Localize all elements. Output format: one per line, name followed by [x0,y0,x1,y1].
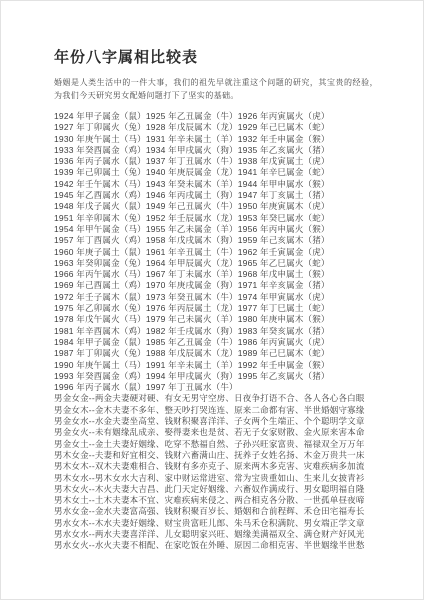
year-line: 1981 年辛酉属木（鸡）1982 年壬戌属水（狗）1983 年癸亥属水（猪） [54,326,373,337]
compatibility-line: 男金女土--金土夫妻好姻缘、吃穿不愁福自然、子孙兴旺家富贵、福禄双全万万年 [54,439,373,450]
compatibility-line: 男木女火--木火夫妻大吉昌、此门天定好姻缘、六畜奴作满成行、男女聪明福自隆 [54,484,373,495]
year-line: 1951 年辛卯属木（兔）1952 年壬辰属水（龙）1953 年癸巳属水（蛇） [54,213,373,224]
year-line: 1924 年甲子属金（鼠）1925 年乙丑属金（牛）1926 年丙寅属火（虎） [54,111,373,122]
year-line: 1975 年乙卯属水（兔）1976 年丙辰属土（龙）1977 年丁巳属土（蛇） [54,303,373,314]
year-line: 1969 年己酉属土（鸡）1970 年庚戌属金（狗）1971 年辛亥属金（猪） [54,280,373,291]
page-title: 年份八字属相比较表 [54,49,373,67]
year-zodiac-list: 1924 年甲子属金（鼠）1925 年乙丑属金（牛）1926 年丙寅属火（虎）1… [54,111,373,393]
compatibility-line: 男木女水--男木女水大吉利、家中财运常进室、常为宝贵重如山、生来儿女披青衫 [54,473,373,484]
year-line: 1990 年庚午属土（马）1991 年辛未属土（羊）1992 年壬申属金（猴） [54,360,373,371]
year-line: 1939 年己卯属土（兔）1940 年庚辰属金（龙）1941 年辛巳属金（蛇） [54,167,373,178]
year-line: 1978 年戊午属火（马）1979 年己未属火（羊）1980 年庚申属木（猴） [54,314,373,325]
compatibility-line: 男金女金--两金夫妻硬对硬、有女无男守空房、日夜争打语不合、各人各心各白眼 [54,393,373,404]
compatibility-line: 男木女木--双木夫妻难相合、钱财有多亦克子、原来两木多克害、灾难疾病多加流 [54,461,373,472]
year-line: 1936 年丙子属水（鼠）1937 年丁丑属水（牛）1938 年戊寅属土（虎） [54,156,373,167]
year-line: 1957 年丁酉属火（鸡）1958 年戊戌属木（狗）1959 年己亥属木（猪） [54,235,373,246]
year-line: 1930 年庚午属土（马）1931 年辛未属土（羊）1932 年壬申属金（猴） [54,134,373,145]
year-line: 1954 年甲午属金（马）1955 年乙未属金（羊）1956 年丙申属火（猴） [54,224,373,235]
compatibility-line: 男木女金--夫妻和好宜相交、钱财六畜满山庄、抚养子女姓名扬、木金万贵共一床 [54,450,373,461]
year-line: 1927 年丁卯属火（兔）1928 年戊辰属木（龙）1929 年己巳属木（蛇） [54,122,373,133]
intro-paragraph: 婚姻是人类生活中的一件大事，我们的祖先早就注重这个问题的研究，其宝贵的经验，为我… [54,76,378,102]
year-line: 1996 年丙子属水（鼠）1997 年丁丑属水（牛） [54,382,373,393]
compatibility-line: 男金女木--金木夫妻不多年、整天吵打哭连连、原来二命都有害、半世婚姻守寡缘 [54,405,373,416]
compatibility-line: 男金女火--未有姻缘乱成亲、娶得妻来也是贫、若无子女家财散、金火原来害本命 [54,427,373,438]
document-page: 年份八字属相比较表 婚姻是人类生活中的一件大事，我们的祖先早就注重这个问题的研究… [0,0,424,600]
compatibility-line: 男水女火--水火夫妻不相配、在家吃饭在外睡、原因二命相克害、半世姻缘半世愁 [54,540,373,551]
compatibility-line: 男水女水--两水夫妻喜洋洋、儿女聪明家兴旺、姻缘美满福双全、满仓财产好风光 [54,529,373,540]
year-line: 1972 年壬子属木（鼠）1973 年癸丑属木（牛）1974 年甲寅属水（虎） [54,292,373,303]
year-line: 1933 年癸酉属金（鸡）1934 年甲戌属火（狗）1935 年乙亥属火（猪） [54,145,373,156]
year-line: 1963 年癸卯属金（兔）1964 年甲辰属火（龙）1965 年乙巳属火（蛇） [54,258,373,269]
year-line: 1948 年戊子属火（鼠）1949 年己丑属火（牛）1950 年庚寅属木（虎） [54,201,373,212]
compatibility-line: 男金女水--水金夫妻坐高堂、钱财积聚喜洋洋、子女两个生端正、个个聪明学文章 [54,416,373,427]
compatibility-line: 男水女金--金水夫妻富高强、钱财积聚百岁长、婚姻和合前程辉、禾仓田宅福寿长 [54,506,373,517]
year-line: 1945 年乙酉属水（鸡）1946 年丙戌属土（狗）1947 年丁亥属土（猪） [54,190,373,201]
compatibility-line: 男木女土--土木夫妻本不宜、灾难疾病来侵之、两合相克各分散、一世孤单昼夜啼 [54,495,373,506]
year-line: 1993 年癸酉属金（鸡）1994 年甲戌属火（狗）1995 年乙亥属火（猪） [54,371,373,382]
compatibility-list: 男金女金--两金夫妻硬对硬、有女无男守空房、日夜争打语不合、各人各心各白眼男金女… [54,393,373,551]
year-line: 1942 年壬午属木（马）1943 年癸未属木（羊）1944 年甲申属水（猴） [54,179,373,190]
year-line: 1966 年丙午属水（马）1967 年丁未属水（羊）1968 年戊申属土（猴） [54,269,373,280]
compatibility-line: 男水女木--木水夫妻好姻缘、财宝贵富旺儿郎、朱马禾仓积满院、男女端正学文章 [54,518,373,529]
year-line: 1984 年甲子属金（鼠）1985 年乙丑属金（牛）1986 年丙寅属火（虎） [54,337,373,348]
year-line: 1987 年丁卯属火（兔）1988 年戊辰属木（龙）1989 年己巳属木（蛇） [54,348,373,359]
year-line: 1960 年庚子属土（鼠）1961 年辛丑属土（牛）1962 年壬寅属金（虎） [54,247,373,258]
